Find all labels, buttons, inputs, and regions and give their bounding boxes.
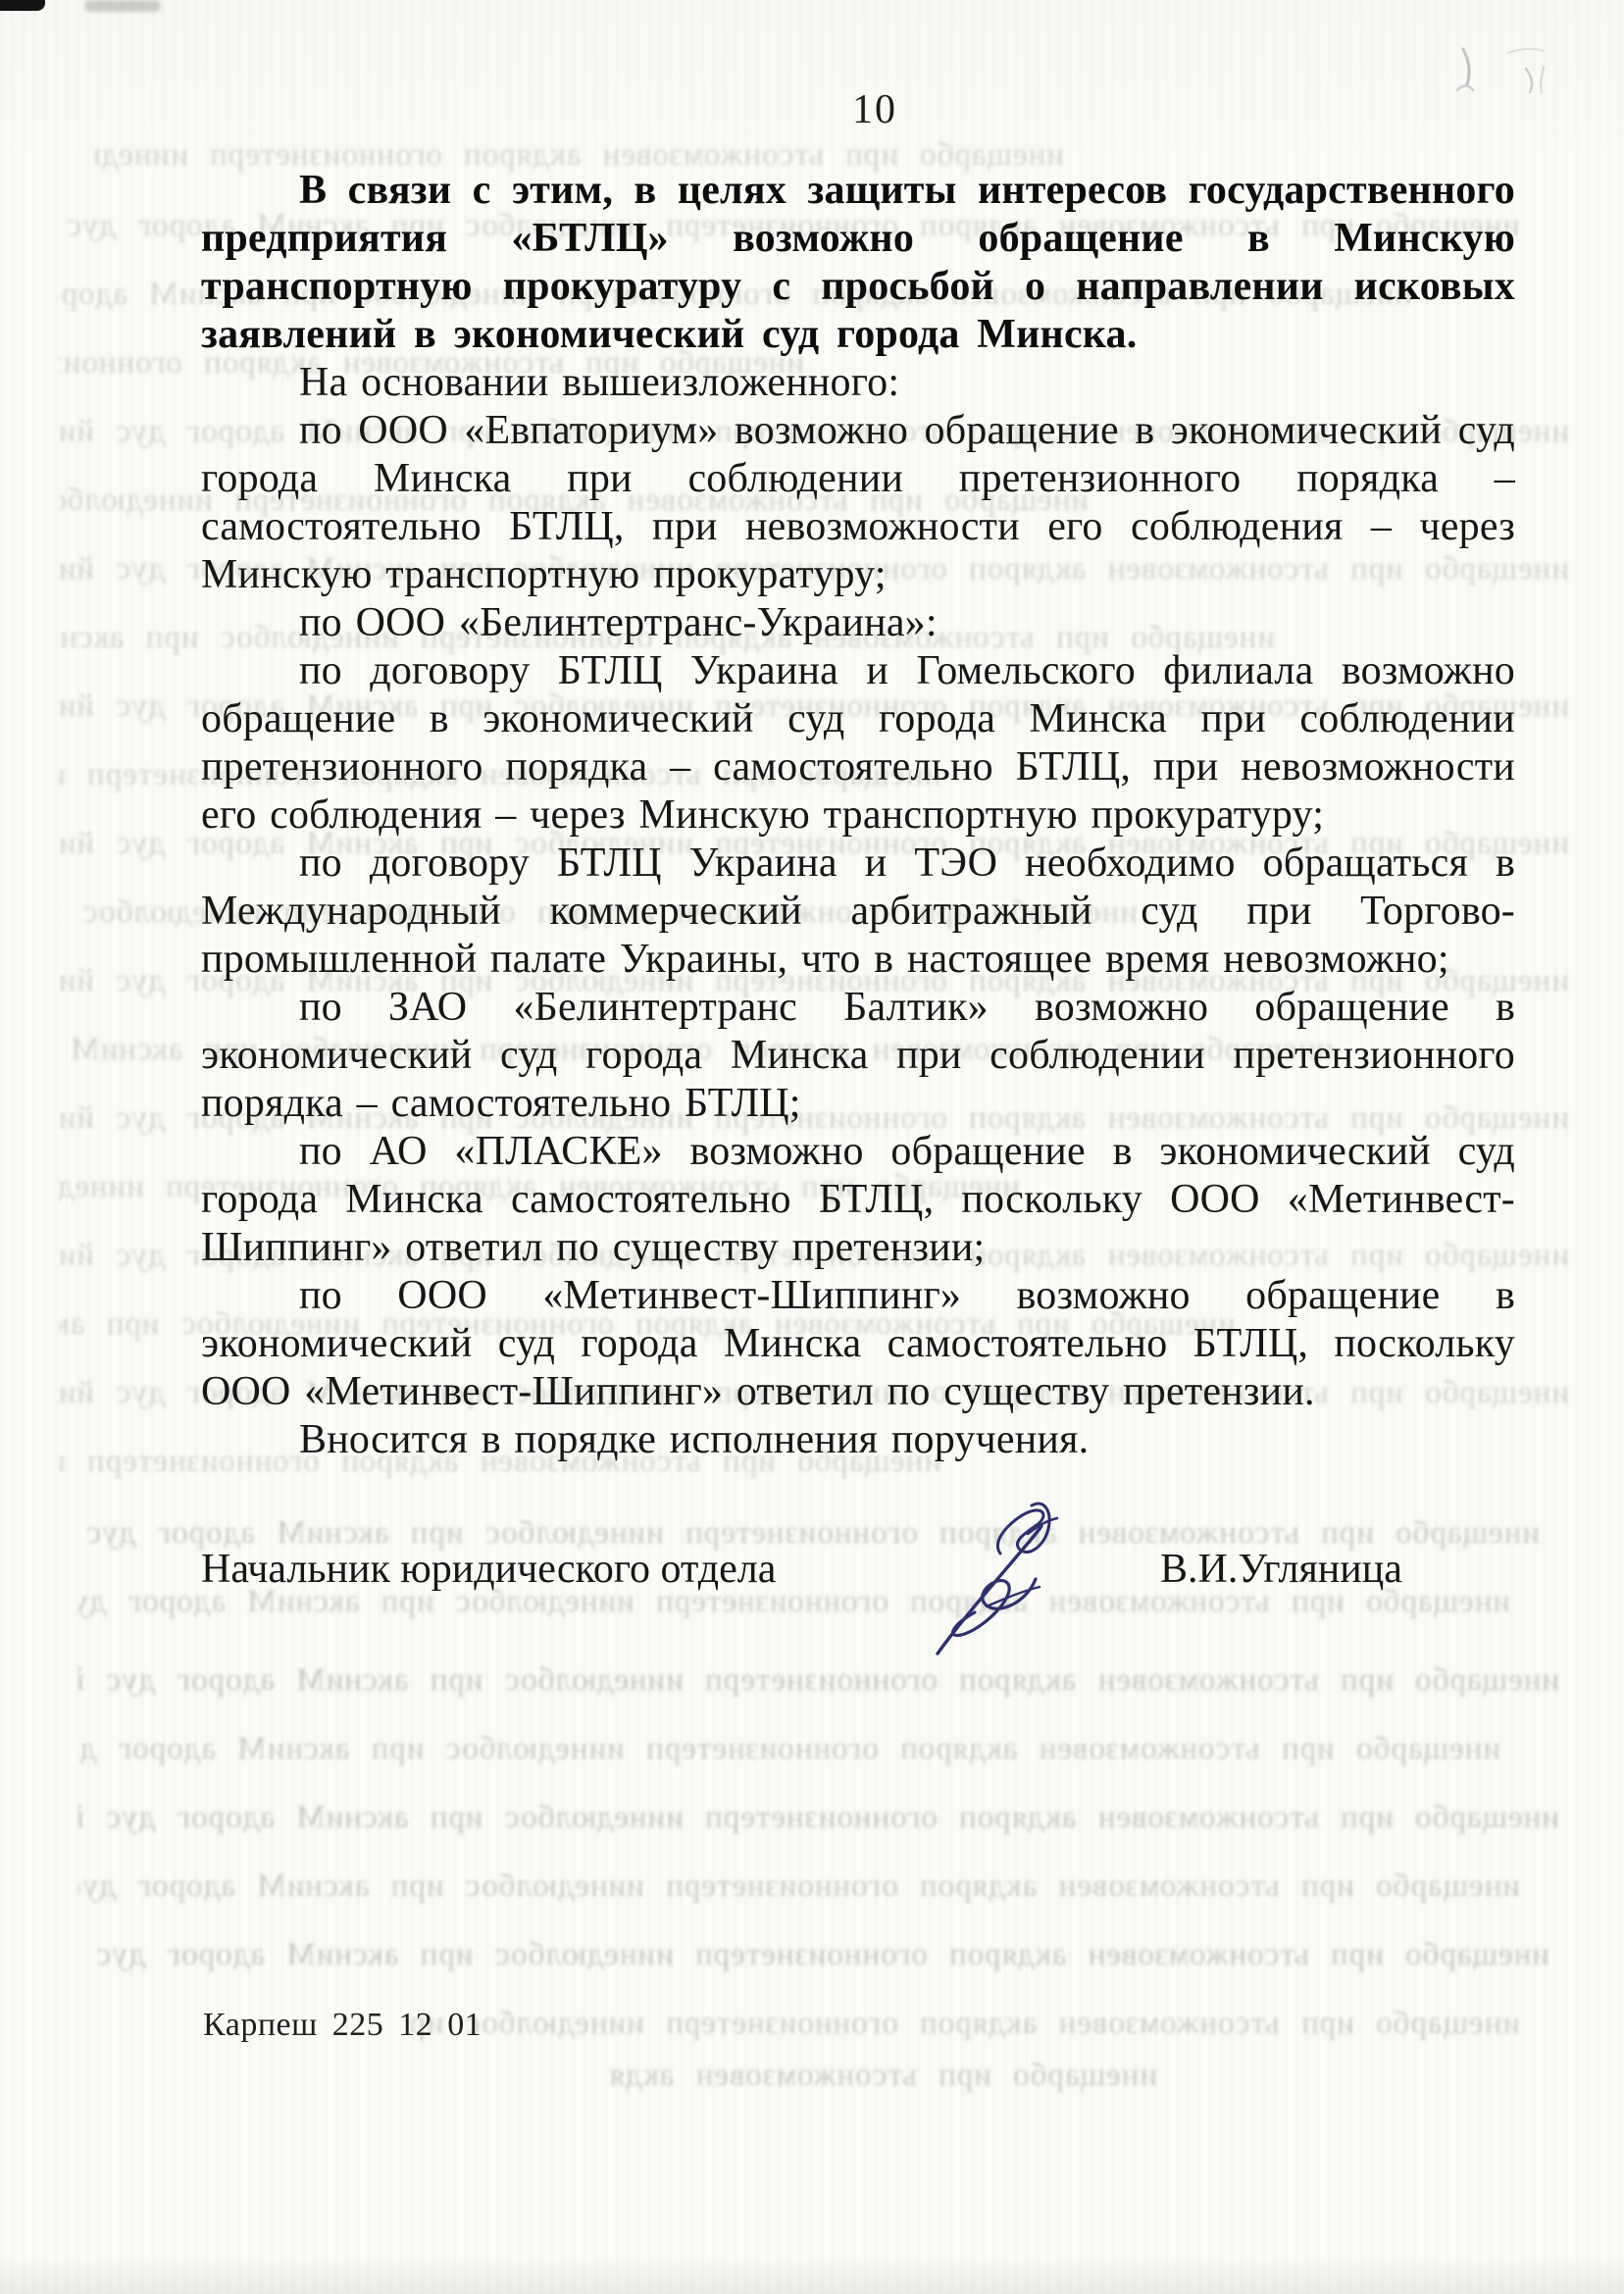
document-body: В связи с этим, в целях защиты интересов…	[201, 167, 1515, 1464]
paragraph: по договору БТЛЦ Украина и ТЭО необходим…	[201, 840, 1515, 984]
footer-note: Карпеш 225 12 01	[203, 2007, 482, 2044]
paragraph: по ЗАО «Белинтертранс Балтик» возможно о…	[201, 984, 1515, 1128]
bleedthrough-line: инещарбо ирп ьтсонжомзовен акдяроп огонн…	[78, 1731, 1500, 1766]
scan-bottom-band	[0, 2256, 1624, 2294]
paragraph: по ООО «Евпаториум» возможно обращение в…	[201, 407, 1515, 599]
paragraph: по ООО «Метинвест-Шиппинг» возможно обра…	[201, 1272, 1515, 1416]
bleedthrough-line: инещарбо ирп ьтсонжомзовен акдяроп огонн…	[78, 1800, 1559, 1835]
page-number: 10	[836, 86, 914, 133]
paragraph: по АО «ПЛАСКЕ» возможно обращение в экон…	[201, 1128, 1515, 1272]
bleedthrough-line: инещарбо ирп ьтсонжомзовен акдяроп огонн…	[608, 2058, 1157, 2093]
scan-corner-artifact	[0, 0, 45, 11]
bleedthrough-line: инещарбо ирп ьтсонжомзовен акдяроп огонн…	[78, 1662, 1559, 1698]
ink-signature	[930, 1489, 1087, 1665]
bleedthrough-line: инещарбо ирп ьтсонжомзовен акдяроп огонн…	[78, 1868, 1520, 1904]
paragraph: по договору БТЛЦ Украина и Гомельского ф…	[201, 647, 1515, 840]
bleedthrough-line: инещарбо ирп ьтсонжомзовен акдяроп огонн…	[412, 2006, 1520, 2041]
paragraph: В связи с этим, в целях защиты интересов…	[201, 167, 1515, 359]
signature-role: Начальник юридического отдела	[201, 1546, 776, 1593]
signature-row: Начальник юридического отдела В.И.Угляни…	[201, 1546, 1515, 1605]
scanned-page: { "page": { "number": "10" }, "document"…	[0, 0, 1624, 2294]
paragraph: На основании вышеизложенного:	[201, 359, 1515, 407]
bleedthrough-line: инещарбо ирп ьтсонжомзовен акдяроп огонн…	[78, 1937, 1549, 1972]
scan-smudge-artifact	[84, 0, 161, 12]
signature-name: В.И.Угляница	[1160, 1546, 1402, 1593]
pencil-mark	[1449, 41, 1557, 110]
paragraph: по ООО «Белинтертранс-Украина»:	[201, 599, 1515, 647]
paragraph: Вносится в порядке исполнения поручения.	[201, 1416, 1515, 1464]
